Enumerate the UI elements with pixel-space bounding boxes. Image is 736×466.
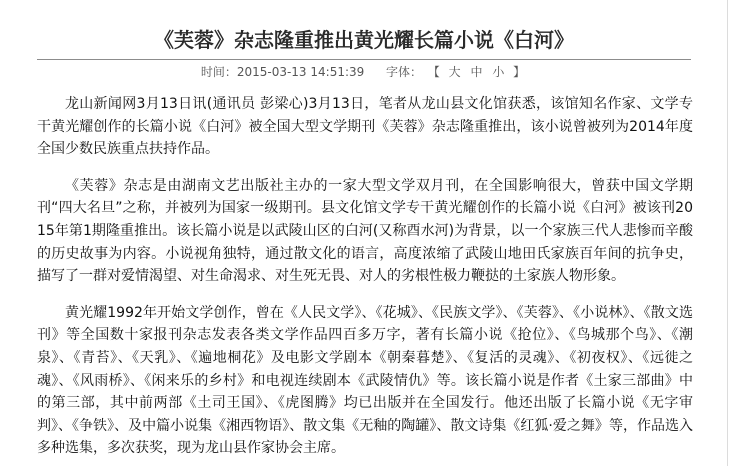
publish-time: 2015-03-13 14:51:39 bbox=[237, 65, 364, 79]
article-title: 《芙蓉》杂志隆重推出黄光耀长篇小说《白河》 bbox=[0, 27, 728, 53]
time-label: 时间： bbox=[201, 65, 237, 79]
bracket-close: 】 bbox=[513, 65, 525, 79]
article-paragraph-2: 《芙蓉》杂志是由湖南文艺出版社主办的一家大型文学双月刊，在全国影响很大，曾获中国… bbox=[37, 175, 693, 288]
font-size-large-button[interactable]: 大 bbox=[449, 63, 461, 81]
bracket-open: 【 bbox=[428, 65, 440, 79]
title-divider bbox=[37, 59, 691, 60]
article-page: 《芙蓉》杂志隆重推出黄光耀长篇小说《白河》 时间：2015-03-13 14:5… bbox=[0, 0, 728, 466]
font-size-label: 字体： bbox=[386, 65, 422, 79]
article-paragraph-3: 黄光耀1992年开始文学创作，曾在《人民文学》、《花城》、《民族文学》、《芙蓉》… bbox=[37, 302, 693, 460]
font-size-small-button[interactable]: 小 bbox=[492, 63, 504, 81]
font-size-medium-button[interactable]: 中 bbox=[470, 63, 482, 81]
article-meta: 时间：2015-03-13 14:51:39 字体： 【 大 中 小 】 bbox=[0, 63, 728, 81]
article-paragraph-1: 龙山新闻网3月13日讯(通讯员 彭梁心)3月13日，笔者从龙山县文化馆获悉，该馆… bbox=[37, 93, 693, 161]
article-body: 龙山新闻网3月13日讯(通讯员 彭梁心)3月13日，笔者从龙山县文化馆获悉，该馆… bbox=[37, 93, 693, 466]
